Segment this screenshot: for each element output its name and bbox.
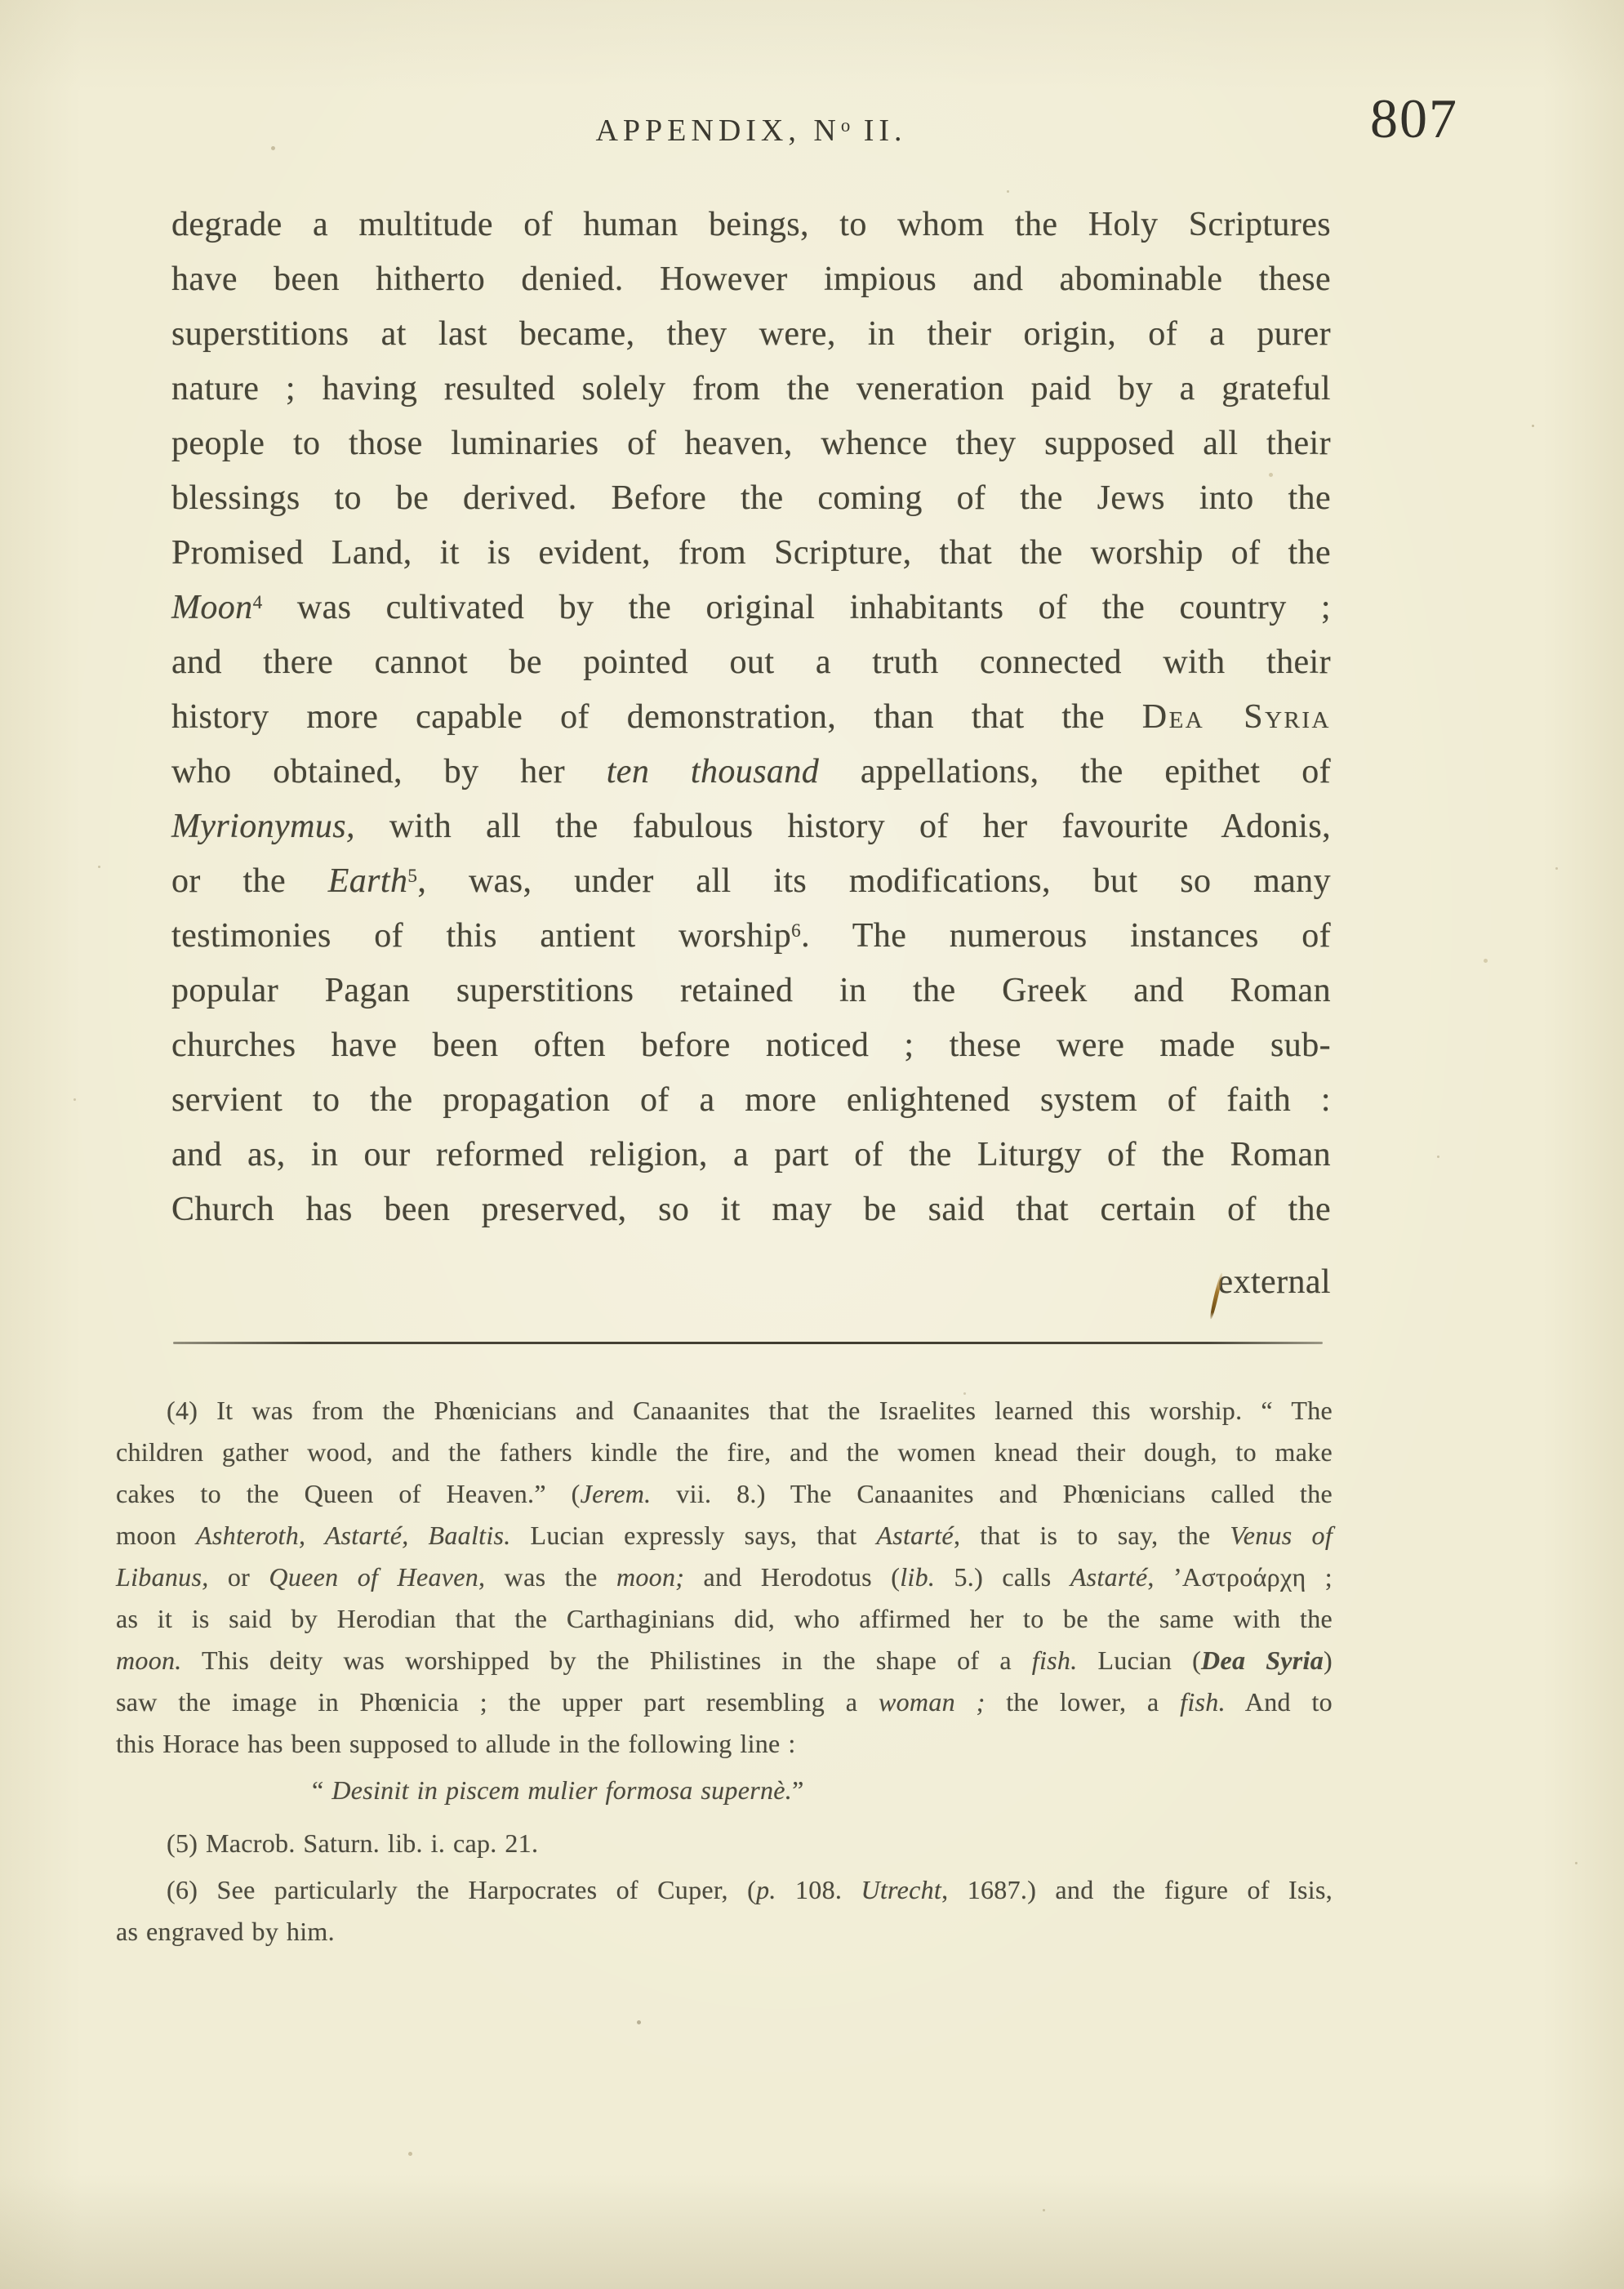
header-title-prefix: APPENDIX, N [595, 114, 840, 148]
footnote-line: as engraved by him. [116, 1911, 1333, 1953]
body-line: superstitions at last became, they were,… [171, 307, 1331, 362]
body-line: blessings to be derived. Before the comi… [171, 471, 1331, 526]
body-line: and there cannot be pointed out a truth … [171, 635, 1331, 690]
body-line: Myrionymus, with all the fabulous histor… [171, 799, 1331, 854]
footnote-line: “ Desinit in piscem mulier formosa super… [116, 1770, 1333, 1811]
page-header-title: APPENDIX, No II. [171, 113, 1331, 149]
body-line: or the Earth5, was, under all its modifi… [171, 854, 1331, 909]
footnote-line: saw the image in Phœnicia ; the upper pa… [116, 1681, 1333, 1723]
footnotes: (4) It was from the Phœnicians and Canaa… [116, 1390, 1333, 1953]
footnote-separator-rule [173, 1342, 1323, 1344]
footnote-line: Libanus, or Queen of Heaven, was the moo… [116, 1556, 1333, 1598]
body-line: have been hitherto denied. However impio… [171, 252, 1331, 307]
page-number: 807 [1370, 87, 1458, 151]
body-line: external [171, 1255, 1331, 1310]
header-title-superscript-o: o [841, 115, 851, 136]
footnote-line: children gather wood, and the fathers ki… [116, 1432, 1333, 1473]
body-line: people to those luminaries of heaven, wh… [171, 416, 1331, 471]
body-line: degrade a multitude of human beings, to … [171, 198, 1331, 252]
footnote-line: (6) See particularly the Harpocrates of … [116, 1869, 1333, 1911]
footnote-line: moon. This deity was worshipped by the P… [116, 1640, 1333, 1681]
header-title-suffix: II. [851, 114, 906, 148]
body-line: testimonies of this antient worship6. Th… [171, 909, 1331, 964]
footnote-line: cakes to the Queen of Heaven.” (Jerem. v… [116, 1473, 1333, 1515]
body-line: Moon4 was cultivated by the original inh… [171, 581, 1331, 635]
body-line: history more capable of demonstration, t… [171, 690, 1331, 745]
body-line: and as, in our reformed religion, a part… [171, 1128, 1331, 1182]
book-page: APPENDIX, No II. 807 degrade a multitude… [0, 0, 1624, 2289]
paper-speckles [0, 0, 2, 2]
body-line: Church has been preserved, so it may be … [171, 1182, 1331, 1237]
footnote-line: (5) Macrob. Saturn. lib. i. cap. 21. [116, 1823, 1333, 1864]
footnote-line: as it is said by Herodian that the Carth… [116, 1598, 1333, 1640]
footnote-line: (4) It was from the Phœnicians and Canaa… [116, 1390, 1333, 1432]
body-line: churches have been often before noticed … [171, 1018, 1331, 1073]
body-line: servient to the propagation of a more en… [171, 1073, 1331, 1128]
body-text: degrade a multitude of human beings, to … [171, 198, 1331, 1310]
footnote-line: moon Ashteroth, Astarté, Baaltis. Lucian… [116, 1515, 1333, 1556]
body-line: who obtained, by her ten thousand appell… [171, 745, 1331, 799]
body-line: nature ; having resulted solely from the… [171, 362, 1331, 416]
body-line: Promised Land, it is evident, from Scrip… [171, 526, 1331, 581]
footnote-line: this Horace has been supposed to allude … [116, 1723, 1333, 1765]
body-line: popular Pagan superstitions retained in … [171, 964, 1331, 1018]
